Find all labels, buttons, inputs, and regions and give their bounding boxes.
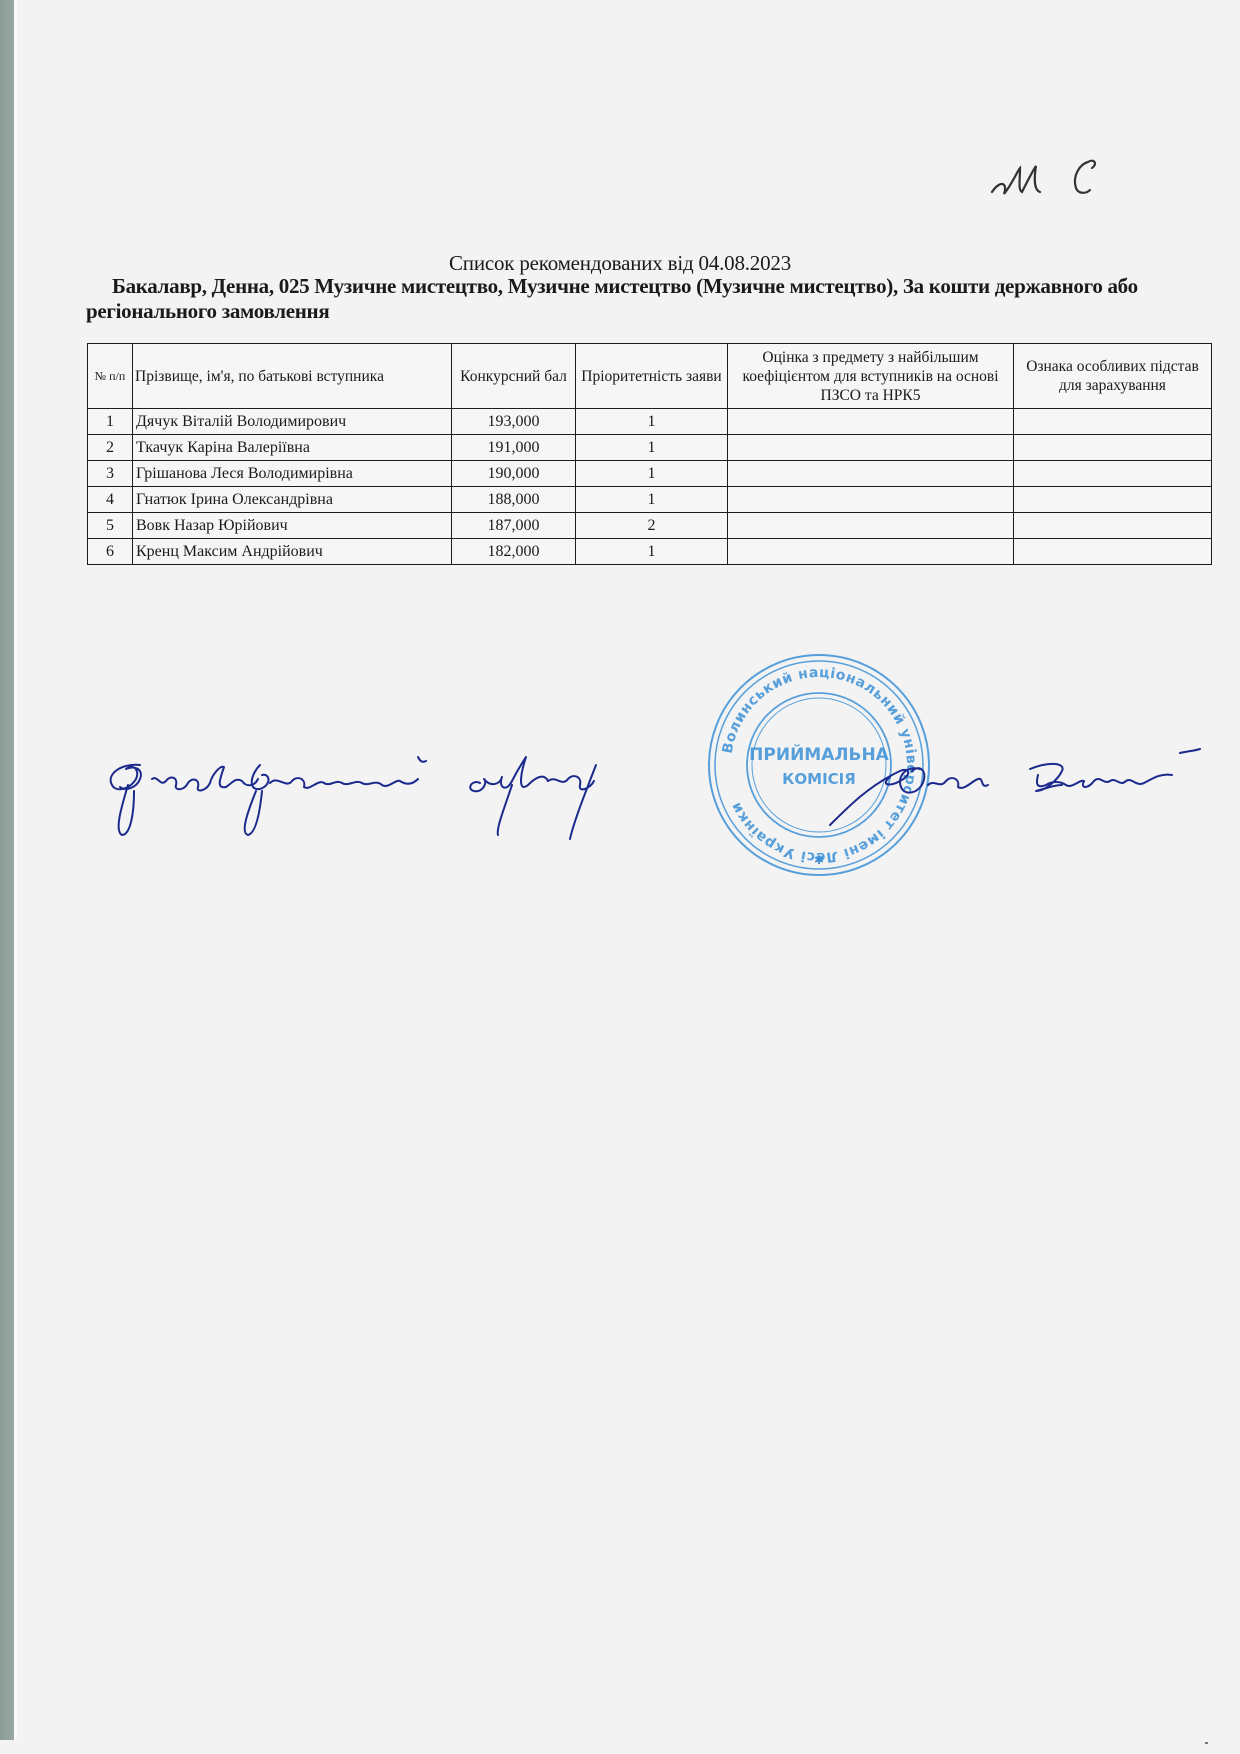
- special-grounds: [1014, 461, 1212, 487]
- recommended-applicants-table: № п/п Прізвище, ім'я, по батькові вступн…: [87, 343, 1212, 565]
- row-number: 2: [88, 435, 133, 461]
- subject-score: [728, 487, 1014, 513]
- applicant-name: Дячук Віталій Володимирович: [133, 409, 452, 435]
- table-row: 5Вовк Назар Юрійович187,0002: [88, 513, 1212, 539]
- document-title: Список рекомендованих від 04.08.2023: [0, 251, 1240, 276]
- row-number: 6: [88, 539, 133, 565]
- header-score: Конкурсний бал: [452, 344, 576, 409]
- competitive-score: 187,000: [452, 513, 576, 539]
- special-grounds: [1014, 539, 1212, 565]
- row-number: 5: [88, 513, 133, 539]
- subject-score: [728, 461, 1014, 487]
- table-row: 1Дячук Віталій Володимирович193,0001: [88, 409, 1212, 435]
- applicant-name: Грішанова Леся Володимирівна: [133, 461, 452, 487]
- subject-score: [728, 513, 1014, 539]
- header-name: Прізвище, ім'я, по батькові вступника: [133, 344, 452, 409]
- application-priority: 1: [576, 461, 728, 487]
- application-priority: 1: [576, 539, 728, 565]
- document-subtitle: Бакалавр, Денна, 025 Музичне мистецтво, …: [86, 274, 1216, 324]
- application-priority: 1: [576, 435, 728, 461]
- subject-score: [728, 409, 1014, 435]
- applicant-name: Кренц Максим Андрійович: [133, 539, 452, 565]
- competitive-score: 190,000: [452, 461, 576, 487]
- subject-score: [728, 435, 1014, 461]
- table-row: 6Кренц Максим Андрійович182,0001: [88, 539, 1212, 565]
- applicant-name: Гнатюк Ірина Олександрівна: [133, 487, 452, 513]
- handwritten-initials: МС: [990, 150, 1130, 200]
- special-grounds: [1014, 435, 1212, 461]
- header-subject-score: Оцінка з предмету з найбільшим коефіцієн…: [728, 344, 1014, 409]
- header-number: № п/п: [88, 344, 133, 409]
- special-grounds: [1014, 409, 1212, 435]
- table-row: 4Гнатюк Ірина Олександрівна188,0001: [88, 487, 1212, 513]
- table-row: 2Ткачук Каріна Валеріївна191,0001: [88, 435, 1212, 461]
- subject-score: [728, 539, 1014, 565]
- header-priority: Пріоритетність заяви: [576, 344, 728, 409]
- handwritten-signature: Відповідальний секретар Олег Демчук: [100, 735, 1210, 865]
- row-number: 4: [88, 487, 133, 513]
- header-special-grounds: Ознака особливих підстав для зарахування: [1014, 344, 1212, 409]
- table-row: 3Грішанова Леся Володимирівна190,0001: [88, 461, 1212, 487]
- row-number: 1: [88, 409, 133, 435]
- table-header-row: № п/п Прізвище, ім'я, по батькові вступн…: [88, 344, 1212, 409]
- application-priority: 1: [576, 409, 728, 435]
- application-priority: 1: [576, 487, 728, 513]
- row-number: 3: [88, 461, 133, 487]
- scan-speck: [1205, 1742, 1208, 1744]
- competitive-score: 193,000: [452, 409, 576, 435]
- applicant-name: Ткачук Каріна Валеріївна: [133, 435, 452, 461]
- special-grounds: [1014, 487, 1212, 513]
- competitive-score: 182,000: [452, 539, 576, 565]
- competitive-score: 191,000: [452, 435, 576, 461]
- applicant-name: Вовк Назар Юрійович: [133, 513, 452, 539]
- application-priority: 2: [576, 513, 728, 539]
- competitive-score: 188,000: [452, 487, 576, 513]
- special-grounds: [1014, 513, 1212, 539]
